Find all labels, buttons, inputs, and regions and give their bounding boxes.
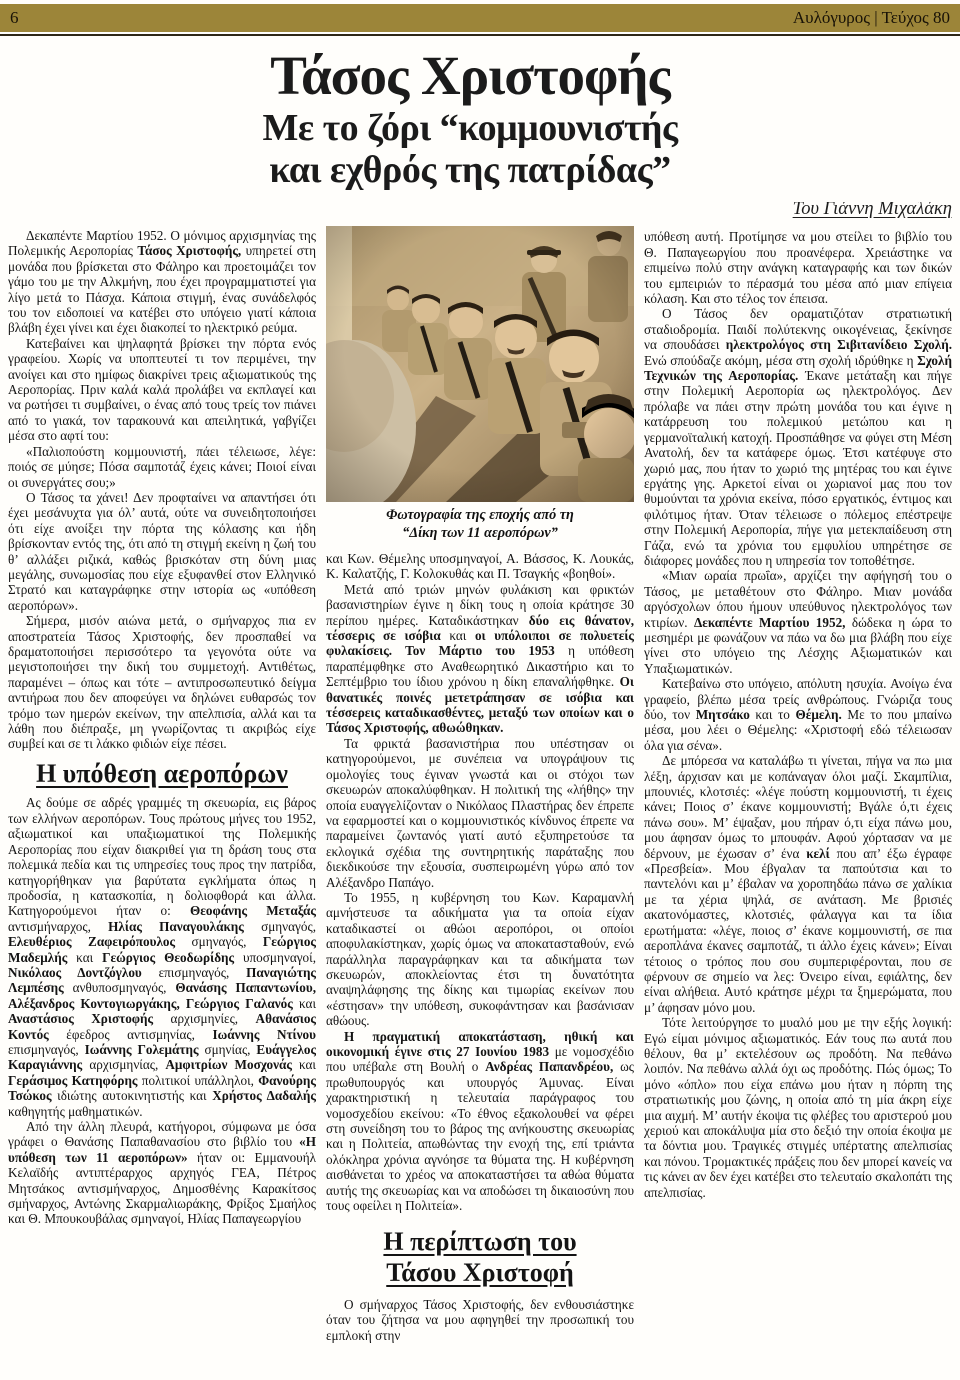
- section-heading-line2: Τάσου Χριστοφή: [386, 1258, 574, 1287]
- column-left: Δεκαπέντε Μαρτίου 1952. Ο μόνιμος αρχισμ…: [8, 228, 316, 1378]
- issue-label: Αυλόγυρος | Τεύχος 80: [793, 8, 950, 28]
- byline: Του Γιάννη Μιχαλάκη: [644, 202, 952, 217]
- article-title: Τάσος Χριστοφής: [150, 48, 790, 104]
- paragraph-continuation: και Κων. Θέμελης υποσμηναγοί, Α. Βάσσος,…: [326, 551, 634, 582]
- paragraph: Η πραγματική αποκατάσταση, ηθική και οικ…: [326, 1029, 634, 1214]
- paragraph: Τότε λειτούργησε το μυαλό μου με την εξή…: [644, 1015, 952, 1200]
- header-rule: [0, 34, 960, 36]
- section-heading-line1: Η περίπτωση του: [383, 1227, 576, 1256]
- column-right: Του Γιάννη Μιχαλάκη υπόθεση αυτή. Προτίμ…: [644, 202, 952, 1378]
- paragraph-continuation: υπόθεση αυτή. Προτίμησε να μου στείλει τ…: [644, 229, 952, 306]
- photo-caption-line1: Φωτογραφία της εποχής από τη: [326, 507, 634, 525]
- column-middle: Φωτογραφία της εποχής από τη “Δίκη των 1…: [326, 226, 634, 1380]
- courtroom-photo: [326, 226, 634, 502]
- paragraph: Τα φρικτά βασανιστήρια που υπέστησαν οι …: [326, 736, 634, 890]
- right-paragraph-group: Ο Τάσος δεν οραματιζόταν στρατιωτική στα…: [644, 306, 952, 1200]
- left-paragraph-group-1: Δεκαπέντε Μαρτίου 1952. Ο μόνιμος αρχισμ…: [8, 228, 316, 752]
- courtroom-photo-illustration: [326, 226, 634, 502]
- page-header-bar: 6 Αυλόγυρος | Τεύχος 80: [0, 4, 960, 32]
- paragraph: Κατεβαίνω στο υπόγειο, απόλυτη ησυχία. Α…: [644, 676, 952, 753]
- paragraph: Δε μπόρεσα να καταλάβω τι γίνεται, πήγα …: [644, 753, 952, 1015]
- section-heading-christofis-case: Η περίπτωση του Τάσου Χριστοφή: [326, 1227, 634, 1288]
- section-heading-text: Η υπόθεση αεροπόρων: [36, 759, 288, 788]
- photo-caption-line2: “Δίκη των 11 αεροπόρων”: [326, 525, 634, 543]
- section-heading-aviators-case: Η υπόθεση αεροπόρων: [8, 759, 316, 790]
- paragraph: Μετά από τριών μηνών φυλάκιση και φρικτώ…: [326, 582, 634, 736]
- article-subtitle-line1: Με το ζόρι “κομμουνιστής: [150, 108, 790, 150]
- paragraph: Ο Τάσος τα χάνει! Δεν προφταίνει να απαν…: [8, 490, 316, 613]
- paragraph: Ο Τάσος δεν οραματιζόταν στρατιωτική στα…: [644, 306, 952, 568]
- article-title-block: Τάσος Χριστοφής Με το ζόρι “κομμουνιστής…: [150, 48, 790, 192]
- paragraph: «Παλιοπούστη κομμουνιστή, πάει τέλειωσε,…: [8, 444, 316, 490]
- paragraph: Το 1955, η κυβέρνηση του Κων. Καραμανλή …: [326, 890, 634, 1029]
- middle-paragraph-group: Μετά από τριών μηνών φυλάκιση και φρικτώ…: [326, 582, 634, 1214]
- photo-caption: Φωτογραφία της εποχής από τη “Δίκη των 1…: [326, 507, 634, 542]
- article-subtitle-line2: και εχθρός της πατρίδας”: [150, 150, 790, 192]
- middle-paragraph-group-2: Ο σμήναρχος Τάσος Χριστοφής, δεν ενθουσι…: [326, 1297, 634, 1343]
- paragraph: «Μιαν ωραία πρωΐα», αρχίζει την αφήγησή …: [644, 568, 952, 676]
- page-number: 6: [10, 8, 19, 28]
- paragraph: Από την άλλη πλευρά, κατήγοροι, σύμφωνα …: [8, 1119, 316, 1227]
- paragraph: Κατεβαίνει και ψηλαφητά βρίσκει την πόρτ…: [8, 336, 316, 444]
- left-paragraph-group-2: Ας δούμε σε αδρές γραμμές τη σκευωρία, ε…: [8, 795, 316, 1226]
- paragraph: Δεκαπέντε Μαρτίου 1952. Ο μόνιμος αρχισμ…: [8, 228, 316, 336]
- paragraph: Σήμερα, μισόν αιώνα μετά, ο σμήναρχος πι…: [8, 613, 316, 752]
- paragraph: Ας δούμε σε αδρές γραμμές τη σκευωρία, ε…: [8, 795, 316, 1119]
- magazine-page: 6 Αυλόγυρος | Τεύχος 80 Τάσος Χριστοφής …: [0, 0, 960, 1380]
- paragraph: Ο σμήναρχος Τάσος Χριστοφής, δεν ενθουσι…: [326, 1297, 634, 1343]
